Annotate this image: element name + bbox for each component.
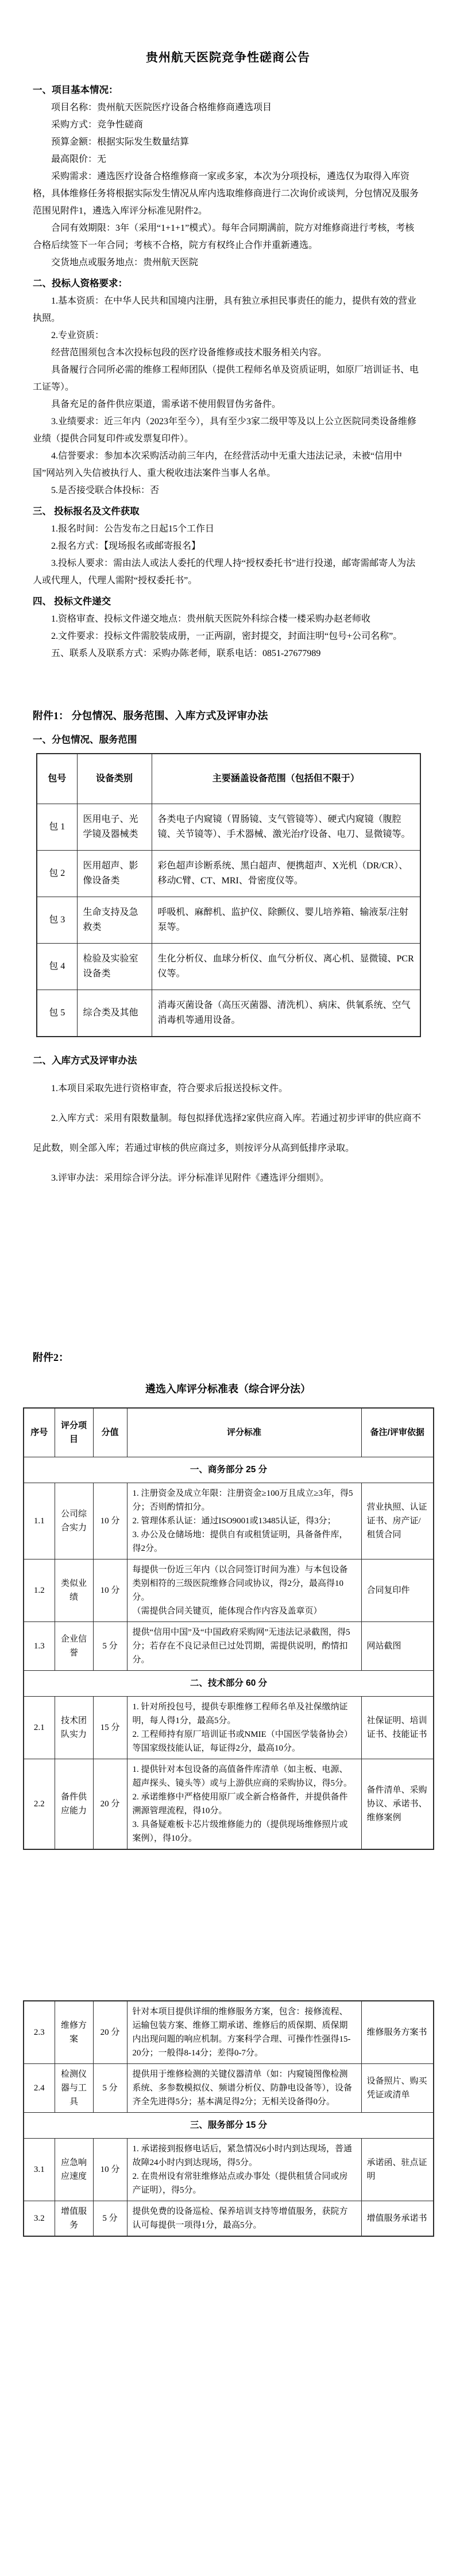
row-item: 维修方案 — [55, 2001, 93, 2064]
score-table-part2: 2.3 维修方案 20 分 针对本项目提供详细的维修服务方案，包含：接修流程、运… — [23, 2000, 434, 2237]
package-no: 包 4 — [37, 944, 77, 990]
contract-paragraph: 合同有效期限：3年（采用“1+1+1”模式）。每年合同期满前，院方对维修商进行考… — [33, 220, 423, 254]
row-criteria: 1. 提供针对本包设备的高值备件库清单（如主板、电源、超声探头、镜头等）或与上游… — [127, 1759, 361, 1850]
table-row: 包 2 医用超声、影像设备类 彩色超声诊断系统、黑白超声、便携超声、X光机（DR… — [37, 851, 420, 897]
rule-paragraph: 1.本项目采取先进行资格审查，符合要求后报送投标文件。 — [33, 1074, 423, 1104]
row-no: 3.2 — [24, 2201, 55, 2237]
rule-paragraph: 3.评审办法：采用综合评分法。评分标准详见附件《遴选评分细则》。 — [33, 1163, 423, 1193]
table-row: 包 5 综合类及其他 消毒灭菌设备（高压灭菌器、清洗机）、病床、供氧系统、空气消… — [37, 990, 420, 1037]
heading-submission: 四、 投标文件递交 — [33, 592, 423, 611]
heading-basic-info: 一、项目基本情况： — [33, 81, 423, 99]
row-basis: 合同复印件 — [361, 1559, 434, 1622]
table-row: 1.2 类似业绩 10 分 每提供一份近三年内（以合同签订时间为准）与本包设备类… — [24, 1559, 434, 1622]
package-category: 医用超声、影像设备类 — [77, 851, 152, 897]
row-no: 1.3 — [24, 1622, 55, 1671]
table-row: 2.1 技术团队实力 15 分 1. 针对所投包号，提供专职维修工程师名单及社保… — [24, 1697, 434, 1759]
row-no: 2.3 — [24, 2001, 55, 2064]
row-item: 类似业绩 — [55, 1559, 93, 1622]
row-no: 2.2 — [24, 1759, 55, 1850]
heading-registration: 三、 投标报名及文件获取 — [33, 502, 423, 521]
package-table-header-row: 包号 设备类别 主要涵盖设备范围（包括但不限于） — [37, 754, 420, 804]
package-no: 包 2 — [37, 851, 77, 897]
submission-item: 1.资格审查、投标文件递交地点：贵州航天医院外科综合楼一楼采购办赵老师收 — [33, 611, 423, 628]
attachment2-label: 附件2： — [33, 1349, 433, 1366]
demand-paragraph: 采购需求：遴选医疗设备合格维修商一家或多家，本次为分项投标，遴选仅为取得入库资格… — [33, 168, 423, 220]
row-score: 10 分 — [93, 1483, 127, 1559]
table-row: 2.3 维修方案 20 分 针对本项目提供详细的维修服务方案，包含：接修流程、运… — [24, 2001, 434, 2064]
package-header-no: 包号 — [37, 754, 77, 804]
row-criteria: 提供“信用中国”及“中国政府采购网”无违法记录截图，得5分；若存在不良记录但已过… — [127, 1622, 361, 1671]
table-row: 1.1 公司综合实力 10 分 1. 注册资金及成立年限：注册资金≥100万且成… — [24, 1483, 434, 1559]
package-category: 检验及实验室设备类 — [77, 944, 152, 990]
row-criteria: 1. 针对所投包号，提供专职维修工程师名单及社保缴纳证明，每人得1分，最高5分。… — [127, 1697, 361, 1759]
qualification-item: 经营范围须包含本次投标包段的医疗设备维修或技术服务相关内容。 — [33, 344, 423, 362]
row-basis: 网站截图 — [361, 1622, 434, 1671]
row-score: 15 分 — [93, 1697, 127, 1759]
section-business: 一、商务部分 25 分 — [24, 1457, 434, 1483]
score-header-criteria: 评分标准 — [127, 1408, 361, 1457]
contact-line: 五、联系人及联系方式：采购办陈老师，联系电话：0851-27677989 — [33, 645, 423, 662]
score-table-title: 遴选入库评分标准表（综合评分法） — [23, 1381, 433, 1397]
package-scope: 呼吸机、麻醉机、监护仪、除颤仪、婴儿培养箱、输液泵/注射泵等。 — [152, 897, 420, 944]
row-basis: 增值服务承诺书 — [361, 2201, 434, 2237]
procurement-method-line: 采购方式：竞争性磋商 — [33, 117, 423, 134]
announcement-page: 贵州航天医院竞争性磋商公告 一、项目基本情况： 项目名称：贵州航天医院医疗设备合… — [0, 49, 456, 662]
score-table-continuation-page: 2.3 维修方案 20 分 针对本项目提供详细的维修服务方案，包含：接修流程、运… — [0, 2000, 456, 2237]
row-score: 20 分 — [93, 2001, 127, 2064]
package-scope: 彩色超声诊断系统、黑白超声、便携超声、X光机（DR/CR）、移动C臂、CT、MR… — [152, 851, 420, 897]
row-basis: 维修服务方案书 — [361, 2001, 434, 2064]
document-body: { "colors": { "background": "#ffffff", "… — [0, 0, 456, 2576]
qualification-item: 2.专业资质： — [33, 327, 423, 344]
row-basis: 营业执照、认证证书、房产证/租赁合同 — [361, 1483, 434, 1559]
qualification-item: 5.是否接受联合体投标：否 — [33, 482, 423, 499]
package-no: 包 1 — [37, 804, 77, 851]
package-category: 生命支持及急救类 — [77, 897, 152, 944]
score-header-basis: 备注/评审依据 — [361, 1408, 434, 1457]
budget-line: 预算金额：根据实际发生数量结算 — [33, 134, 423, 151]
qualification-item: 4.信誉要求：参加本次采购活动前三年内，在经营活动中无重大违法记录，未被“信用中… — [33, 448, 423, 482]
package-scope: 生化分析仪、血球分析仪、血气分析仪、离心机、显微镜、PCR仪等。 — [152, 944, 420, 990]
row-item: 检测仪器与工具 — [55, 2064, 93, 2113]
package-no: 包 3 — [37, 897, 77, 944]
qualification-item: 具备充足的备件供应渠道，需承诺不使用假冒伪劣备件。 — [33, 396, 423, 413]
table-row: 3.1 应急响应速度 10 分 1. 承诺接到报修电话后，紧急情况6小时内到达现… — [24, 2139, 434, 2201]
row-score: 10 分 — [93, 2139, 127, 2201]
package-header-category: 设备类别 — [77, 754, 152, 804]
page-title: 贵州航天医院竞争性磋商公告 — [33, 49, 423, 66]
score-table-header-row: 序号 评分项目 分值 评分标准 备注/评审依据 — [24, 1408, 434, 1457]
project-name-line: 项目名称：贵州航天医院医疗设备合格维修商遴选项目 — [33, 99, 423, 117]
row-criteria: 提供用于维修检测的关键仪器清单（如：内窥镜图像检测系统、多参数模拟仪、频谱分析仪… — [127, 2064, 361, 2113]
row-basis: 社保证明、培训证书、技能证书 — [361, 1697, 434, 1759]
score-table-part1: 序号 评分项目 分值 评分标准 备注/评审依据 一、商务部分 25 分 1.1 … — [23, 1407, 434, 1850]
attachment1-sub1: 一、分包情况、服务范围 — [33, 731, 423, 748]
row-item: 公司综合实力 — [55, 1483, 93, 1559]
attachment1-heading: 附件1： 分包情况、服务范围、入库方式及评审办法 — [33, 707, 423, 724]
score-header-item: 评分项目 — [55, 1408, 93, 1457]
package-header-scope: 主要涵盖设备范围（包括但不限于） — [152, 754, 420, 804]
row-item: 应急响应速度 — [55, 2139, 93, 2201]
heading-qualification: 二、投标人资格要求： — [33, 274, 423, 293]
qualification-item: 3.业绩要求：近三年内（2023年至今），具有至少3家二级甲等及以上公立医院同类… — [33, 413, 423, 448]
table-row: 2.2 备件供应能力 20 分 1. 提供针对本包设备的高值备件库清单（如主板、… — [24, 1759, 434, 1850]
section-technical: 二、技术部分 60 分 — [24, 1671, 434, 1697]
price-cap-line: 最高限价：无 — [33, 151, 423, 168]
row-no: 2.1 — [24, 1697, 55, 1759]
qualification-item: 具备履行合同所必需的维修工程师团队（提供工程师名单及资质证明，如原厂培训证书、电… — [33, 362, 423, 396]
table-row: 1.3 企业信誉 5 分 提供“信用中国”及“中国政府采购网”无违法记录截图，得… — [24, 1622, 434, 1671]
section-row: 一、商务部分 25 分 — [24, 1457, 434, 1483]
row-score: 5 分 — [93, 2064, 127, 2113]
delivery-place-line: 交货地点或服务地点：贵州航天医院 — [33, 254, 423, 271]
package-scope: 各类电子内窥镜（胃肠镜、支气管镜等）、硬式内窥镜（腹腔镜、关节镜等）、手术器械、… — [152, 804, 420, 851]
row-score: 5 分 — [93, 2201, 127, 2237]
section-row: 二、技术部分 60 分 — [24, 1671, 434, 1697]
score-header-points: 分值 — [93, 1408, 127, 1457]
table-row: 2.4 检测仪器与工具 5 分 提供用于维修检测的关键仪器清单（如：内窥镜图像检… — [24, 2064, 434, 2113]
table-row: 包 3 生命支持及急救类 呼吸机、麻醉机、监护仪、除颤仪、婴儿培养箱、输液泵/注… — [37, 897, 420, 944]
row-item: 企业信誉 — [55, 1622, 93, 1671]
row-criteria: 提供免费的设备巡检、保养培训支持等增值服务，获院方认可每提供一项得1分，最高5分… — [127, 2201, 361, 2237]
row-basis: 备件清单、采购协议、承诺书、维修案例 — [361, 1759, 434, 1850]
section-row: 三、服务部分 15 分 — [24, 2113, 434, 2139]
table-row: 3.2 增值服务 5 分 提供免费的设备巡检、保养培训支持等增值服务，获院方认可… — [24, 2201, 434, 2237]
row-criteria: 针对本项目提供详细的维修服务方案，包含：接修流程、运输包装方案、维修工期承诺、维… — [127, 2001, 361, 2064]
package-no: 包 5 — [37, 990, 77, 1037]
row-score: 5 分 — [93, 1622, 127, 1671]
package-category: 医用电子、光学镜及器械类 — [77, 804, 152, 851]
registration-item: 2.报名方式：【现场报名或邮寄报名】 — [33, 538, 423, 555]
attachment1-page: 附件1： 分包情况、服务范围、入库方式及评审办法 一、分包情况、服务范围 包号 … — [0, 707, 456, 1193]
section-service: 三、服务部分 15 分 — [24, 2113, 434, 2139]
row-basis: 承诺函、驻点证明 — [361, 2139, 434, 2201]
submission-item: 2.文件要求：投标文件需胶装成册，一正两副，密封提交，封面注明“包号+公司名称”… — [33, 628, 423, 645]
package-category: 综合类及其他 — [77, 990, 152, 1037]
row-no: 3.1 — [24, 2139, 55, 2201]
registration-item: 1.报名时间：公告发布之日起15个工作日 — [33, 521, 423, 538]
score-header-no: 序号 — [24, 1408, 55, 1457]
attachment2-page: 附件2： 遴选入库评分标准表（综合评分法） 序号 评分项目 分值 评分标准 备注… — [0, 1349, 456, 1850]
row-criteria: 1. 注册资金及成立年限：注册资金≥100万且成立≥3年，得5分；否则酌情扣分。… — [127, 1483, 361, 1559]
row-score: 20 分 — [93, 1759, 127, 1850]
registration-item: 3.投标人要求：需由法人或法人委托的代理人持“授权委托书”进行投递，邮寄需邮寄人… — [33, 555, 423, 589]
row-no: 1.1 — [24, 1483, 55, 1559]
package-table: 包号 设备类别 主要涵盖设备范围（包括但不限于） 包 1 医用电子、光学镜及器械… — [36, 753, 421, 1037]
attachment1-sub2: 二、入库方式及评审办法 — [33, 1052, 423, 1069]
row-item: 备件供应能力 — [55, 1759, 93, 1850]
table-row: 包 1 医用电子、光学镜及器械类 各类电子内窥镜（胃肠镜、支气管镜等）、硬式内窥… — [37, 804, 420, 851]
package-scope: 消毒灭菌设备（高压灭菌器、清洗机）、病床、供氧系统、空气消毒机等通用设备。 — [152, 990, 420, 1037]
row-item: 技术团队实力 — [55, 1697, 93, 1759]
rule-paragraph: 2.入库方式：采用有限数量制。每包拟择优选择2家供应商入库。若通过初步评审的供应… — [33, 1104, 423, 1163]
qualification-item: 1.基本资质：在中华人民共和国境内注册，具有独立承担民事责任的能力，提供有效的营… — [33, 293, 423, 327]
row-item: 增值服务 — [55, 2201, 93, 2237]
table-row: 包 4 检验及实验室设备类 生化分析仪、血球分析仪、血气分析仪、离心机、显微镜、… — [37, 944, 420, 990]
row-basis: 设备照片、购买凭证或清单 — [361, 2064, 434, 2113]
row-no: 1.2 — [24, 1559, 55, 1622]
row-criteria: 每提供一份近三年内（以合同签订时间为准）与本包设备类别相符的三级医院维修合同或协… — [127, 1559, 361, 1622]
row-no: 2.4 — [24, 2064, 55, 2113]
row-criteria: 1. 承诺接到报修电话后，紧急情况6小时内到达现场，普通故障24小时内到达现场，… — [127, 2139, 361, 2201]
row-score: 10 分 — [93, 1559, 127, 1622]
